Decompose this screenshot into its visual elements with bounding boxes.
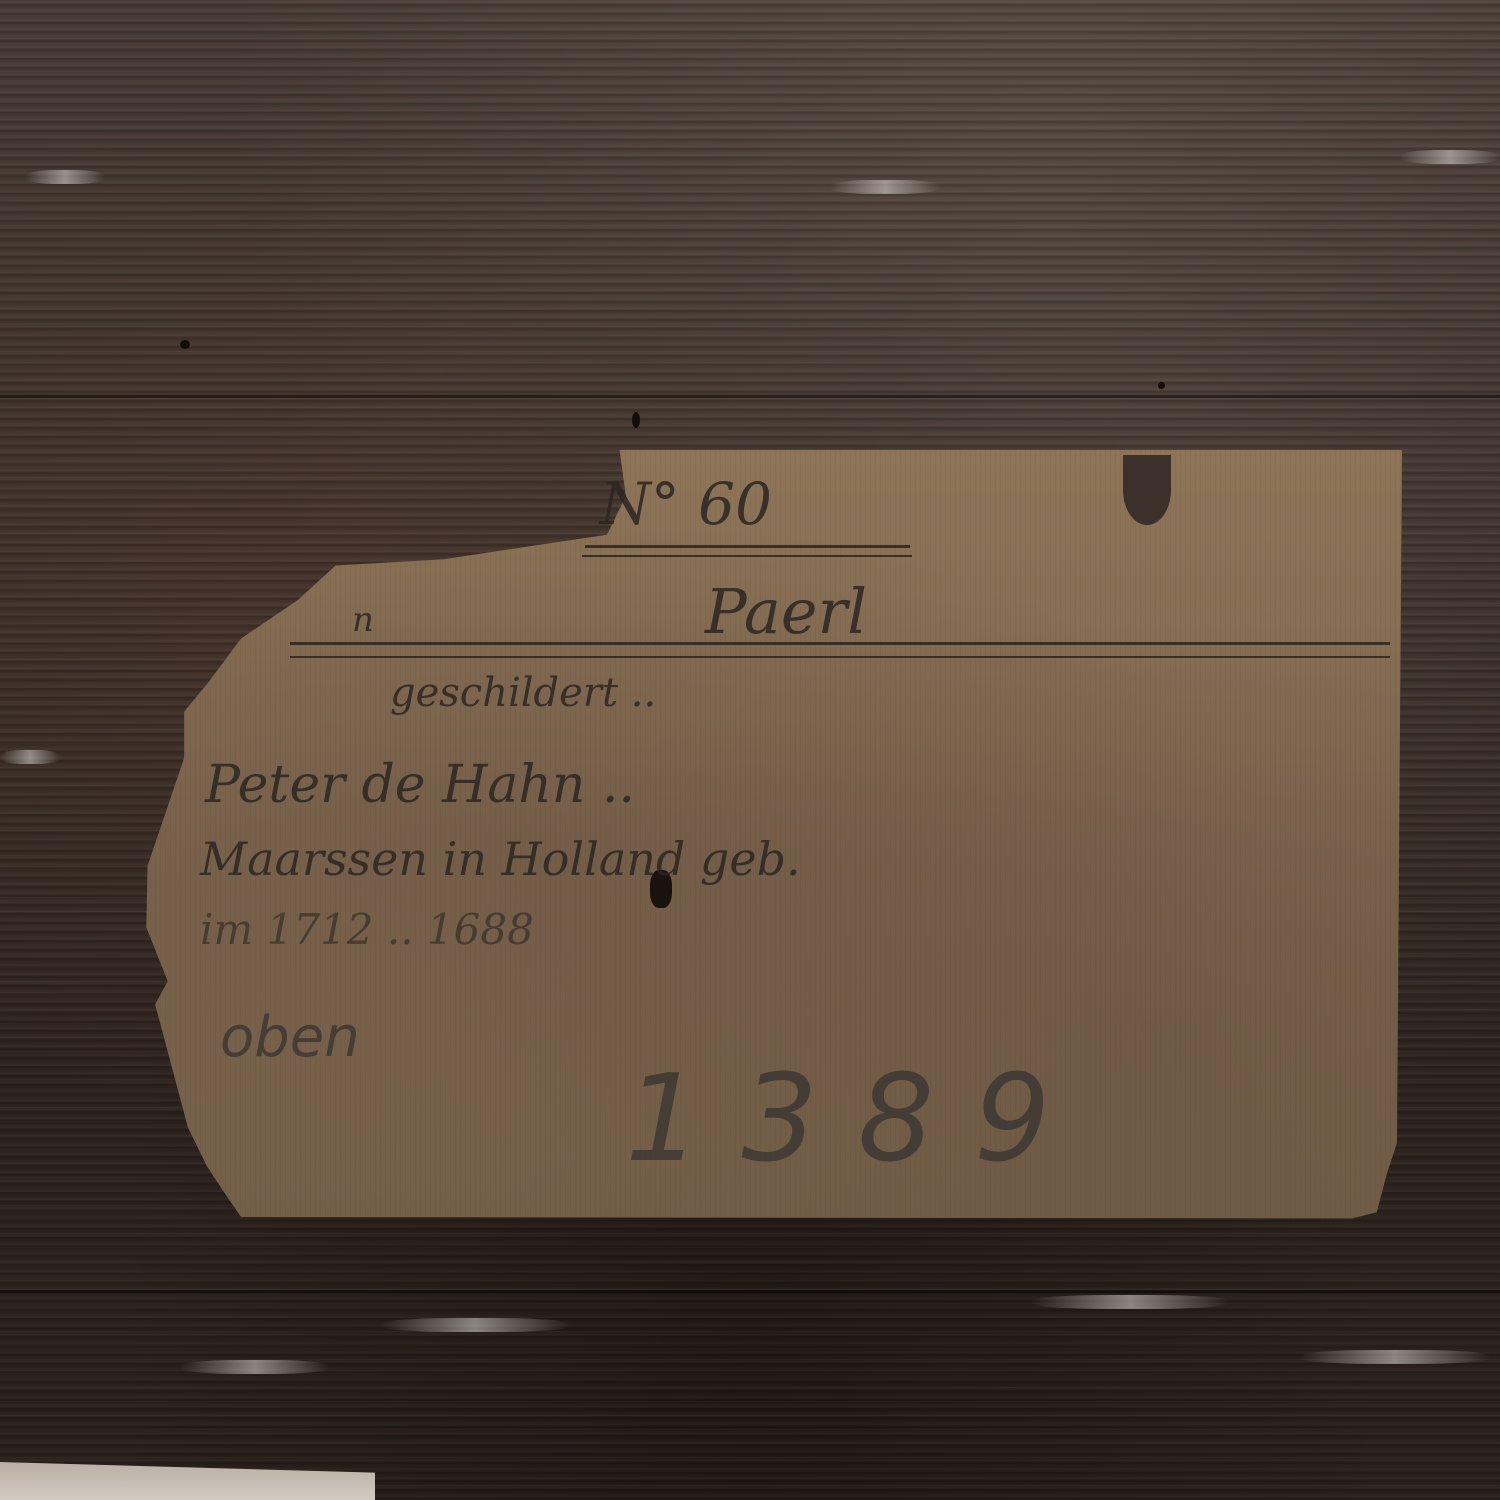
label-line-4: im 1712 .. 1688 xyxy=(200,905,534,954)
glue-residue xyxy=(1400,150,1500,164)
label-rule xyxy=(582,555,912,557)
label-line-prefix: n xyxy=(352,600,374,640)
pencil-word: oben xyxy=(220,1005,360,1070)
wood-grain-seam xyxy=(0,1290,1500,1293)
label-line-3: Maarssen in Holland geb. xyxy=(200,832,801,886)
label-number: N° 60 xyxy=(600,470,772,538)
label-line-2: Peter de Hahn .. xyxy=(205,755,635,815)
label-rule xyxy=(585,545,910,548)
glue-residue xyxy=(830,180,940,194)
pencil-inventory-number: 1389 xyxy=(625,1050,1090,1189)
glue-residue xyxy=(380,1318,570,1332)
wormhole xyxy=(180,340,190,349)
wormhole xyxy=(1158,382,1165,389)
label-tear xyxy=(1123,455,1171,525)
wood-grain-seam xyxy=(0,395,1500,398)
glue-residue xyxy=(1300,1350,1490,1364)
glue-residue xyxy=(180,1360,330,1374)
glue-residue xyxy=(25,170,105,184)
label-line-1: geschildert .. xyxy=(390,670,656,716)
wormhole xyxy=(632,412,640,428)
label-title: Paerl xyxy=(705,575,867,648)
glue-residue xyxy=(1030,1295,1230,1309)
glue-residue xyxy=(0,750,60,764)
label-rule xyxy=(290,656,1390,658)
